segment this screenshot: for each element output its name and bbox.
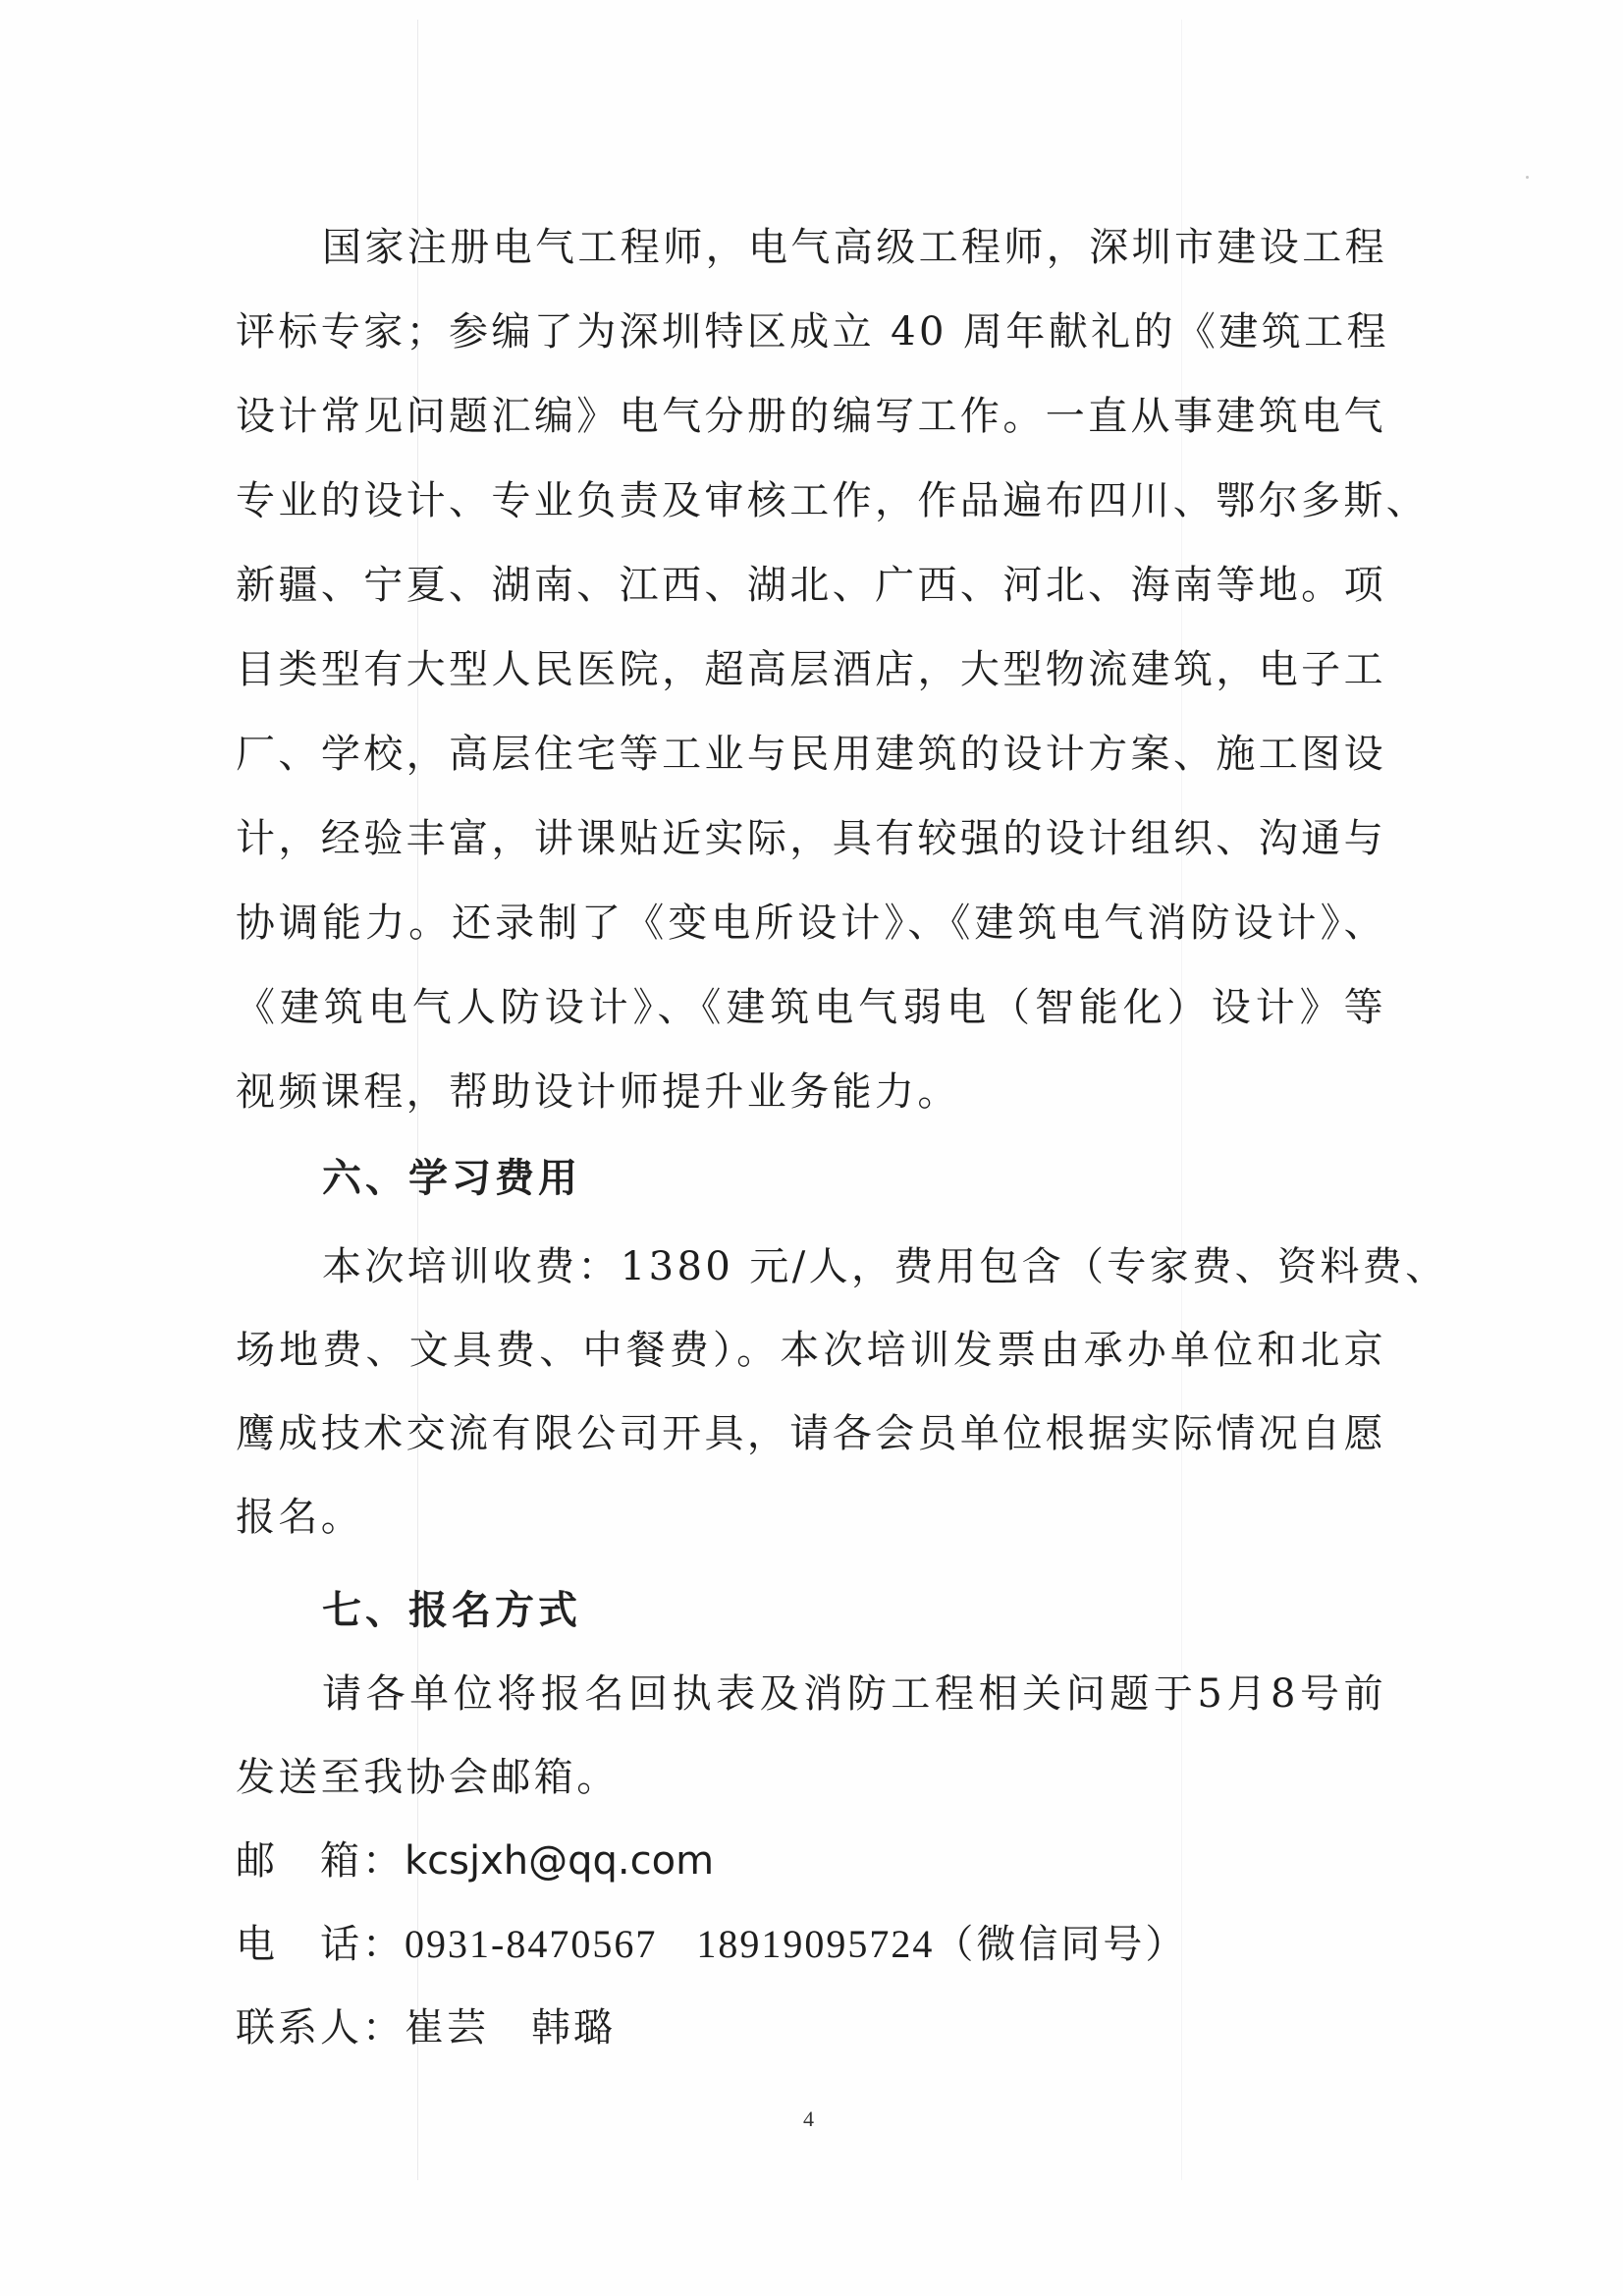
section-heading-registration: 七、报名方式 xyxy=(322,1581,1386,1640)
email-link[interactable]: kcsjxh@qq.com xyxy=(405,1838,714,1884)
paragraph-line: 计，经验丰富，讲课贴近实际，具有较强的设计组织、沟通与 xyxy=(236,809,1386,868)
contact-names: 崔芸 韩璐 xyxy=(405,2005,616,2050)
scan-speck xyxy=(1526,176,1529,179)
page-number: 4 xyxy=(803,2106,814,2132)
phone-number-landline: 0931-8470567 xyxy=(405,1922,657,1966)
phone-number-mobile: 18919095724 xyxy=(696,1922,934,1966)
contact-row: 联系人：崔芸 韩璐 xyxy=(236,1998,1386,2057)
paragraph-line: 视频课程，帮助设计师提升业务能力。 xyxy=(236,1063,1386,1121)
phone-row: 电 话：0931-847056718919095724（微信同号） xyxy=(236,1915,1386,1974)
phone-note: （微信同号） xyxy=(934,1922,1187,1967)
paragraph-line: 新疆、宁夏、湖南、江西、湖北、广西、河北、海南等地。项 xyxy=(236,556,1386,615)
paragraph-line: 评标专家；参编了为深圳特区成立 40 周年献礼的《建筑工程 xyxy=(236,302,1386,361)
paragraph-line: 场地费、文具费、中餐费）。本次培训发票由承办单位和北京 xyxy=(236,1321,1386,1380)
paragraph-line: 《建筑电气人防设计》、《建筑电气弱电（智能化）设计》等 xyxy=(236,978,1386,1037)
phone-label: 电 话： xyxy=(236,1922,405,1967)
paragraph-line: 报名。 xyxy=(236,1488,1386,1547)
paragraph-line: 请各单位将报名回执表及消防工程相关问题于5月8号前 xyxy=(322,1665,1386,1723)
paragraph-line: 国家注册电气工程师，电气高级工程师，深圳市建设工程 xyxy=(322,218,1386,277)
paragraph-line: 设计常见问题汇编》电气分册的编写工作。一直从事建筑电气 xyxy=(236,387,1386,446)
paragraph-line: 鹰成技术交流有限公司开具，请各会员单位根据实际情况自愿 xyxy=(236,1404,1386,1463)
paragraph-line: 专业的设计、专业负责及审核工作，作品遍布四川、鄂尔多斯、 xyxy=(236,471,1386,530)
section-heading-fees: 六、学习费用 xyxy=(322,1149,1386,1208)
paragraph-line: 协调能力。还录制了《变电所设计》、《建筑电气消防设计》、 xyxy=(236,894,1386,953)
email-label: 邮 箱： xyxy=(236,1838,405,1884)
paragraph-line: 发送至我协会邮箱。 xyxy=(236,1748,1386,1807)
paragraph-line: 目类型有大型人民医院，超高层酒店，大型物流建筑，电子工 xyxy=(236,640,1386,699)
paragraph-line: 本次培训收费：1380 元/人，费用包含（专家费、资料费、 xyxy=(322,1237,1386,1296)
email-row: 邮 箱：kcsjxh@qq.com xyxy=(236,1831,1386,1890)
contact-label: 联系人： xyxy=(236,2005,405,2050)
paragraph-line: 厂、学校，高层住宅等工业与民用建筑的设计方案、施工图设 xyxy=(236,725,1386,784)
document-page: 国家注册电气工程师，电气高级工程师，深圳市建设工程 评标专家；参编了为深圳特区成… xyxy=(0,0,1623,2296)
